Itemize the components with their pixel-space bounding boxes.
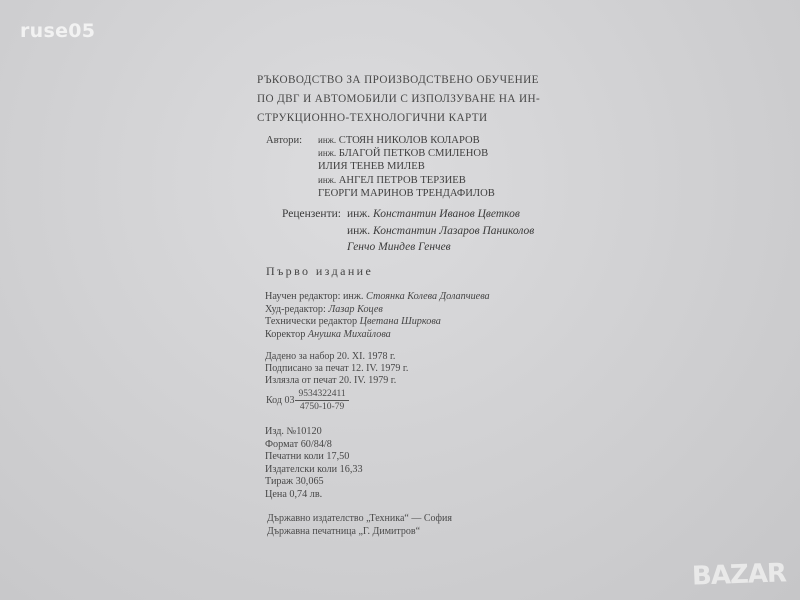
reviewer-row: Рецензенти: инж. Константин Иванов Цветк… xyxy=(282,206,534,223)
author-name: СТОЯН НИКОЛОВ КОЛАРОВ xyxy=(339,135,480,146)
watermark-username: ruse05 xyxy=(20,20,95,42)
date-row: Дадено за набор 20. XI. 1978 г. xyxy=(265,351,408,363)
code-fraction: 9534322411 4750-10-79 xyxy=(295,389,348,412)
spec-row: Печатни коли 17,50 xyxy=(265,451,363,464)
book-title: РЪКОВОДСТВО ЗА ПРОИЗВОДСТВЕНО ОБУЧЕНИЕ П… xyxy=(257,71,540,128)
reviewer-row: Генчо Миндев Генчев xyxy=(282,239,534,256)
reviewer-name: Константин Иванов Цветков xyxy=(373,208,520,220)
printer-line: Държавна печатница „Г. Димитров“ xyxy=(267,526,452,539)
authors-label: Автори: xyxy=(266,134,302,147)
reviewer-name: Константин Лазаров Паниколов xyxy=(373,225,534,237)
editor-row: Худ-редактор: Лазар Коцев xyxy=(265,304,490,317)
editor-name: Стоянка Колева Долапчиева xyxy=(366,291,490,302)
authors-block: Автори: инж. СТОЯН НИКОЛОВ КОЛАРОВ инж. … xyxy=(266,134,495,200)
spec-row: Издателски коли 16,33 xyxy=(265,464,363,477)
code-label: Код 03 xyxy=(266,395,294,406)
title-line: РЪКОВОДСТВО ЗА ПРОИЗВОДСТВЕНО ОБУЧЕНИЕ xyxy=(257,71,540,90)
code-numerator: 9534322411 xyxy=(295,389,348,401)
editor-name: Цветана Ширкова xyxy=(360,316,441,327)
reviewer-name: Генчо Миндев Генчев xyxy=(347,241,451,253)
print-specs-block: Изд. №10120 Формат 60/84/8 Печатни коли … xyxy=(265,426,363,502)
spec-row: Цена 0,74 лв. xyxy=(265,489,363,502)
reviewer-prefix: инж. xyxy=(347,208,370,220)
author-prefix: инж. xyxy=(318,148,336,158)
reviewer-prefix: инж. xyxy=(347,225,370,237)
editor-name: Анушка Михайлова xyxy=(308,329,391,340)
print-dates-block: Дадено за набор 20. XI. 1978 г. Подписан… xyxy=(265,351,408,386)
editor-row: Коректор Анушка Михайлова xyxy=(265,329,490,342)
publisher-block: Държавно издателство „Техника“ — София Д… xyxy=(267,513,452,538)
spec-row: Тираж 30,065 xyxy=(265,476,363,489)
reviewers-block: Рецензенти: инж. Константин Иванов Цветк… xyxy=(282,206,534,256)
title-line: СТРУКЦИОННО-ТЕХНОЛОГИЧНИ КАРТИ xyxy=(257,109,540,128)
author-row: инж. БЛАГОЙ ПЕТКОВ СМИЛЕНОВ xyxy=(266,147,495,160)
date-row: Подписано за печат 12. IV. 1979 г. xyxy=(265,363,408,375)
author-name: БЛАГОЙ ПЕТКОВ СМИЛЕНОВ xyxy=(339,148,488,159)
book-code: Код 03 9534322411 4750-10-79 xyxy=(266,389,349,412)
author-name: ГЕОРГИ МАРИНОВ ТРЕНДАФИЛОВ xyxy=(318,188,495,199)
reviewers-label: Рецензенти: xyxy=(282,206,341,223)
reviewer-row: инж. Константин Лазаров Паниколов xyxy=(282,223,534,240)
publisher-line: Държавно издателство „Техника“ — София xyxy=(267,513,452,526)
editor-role: Научен редактор: инж. xyxy=(265,291,363,302)
author-row: Автори: инж. СТОЯН НИКОЛОВ КОЛАРОВ xyxy=(266,134,495,147)
spec-row: Формат 60/84/8 xyxy=(265,439,363,452)
bazar-logo: BAZAR xyxy=(692,558,787,591)
editor-name: Лазар Коцев xyxy=(328,304,382,315)
editors-block: Научен редактор: инж. Стоянка Колева Дол… xyxy=(265,291,490,341)
title-line: ПО ДВГ И АВТОМОБИЛИ С ИЗПОЛЗУВАНЕ НА ИН- xyxy=(257,90,540,109)
editor-role: Коректор xyxy=(265,329,305,340)
author-row: инж. АНГЕЛ ПЕТРОВ ТЕРЗИЕВ xyxy=(266,174,495,187)
date-row: Излязла от печат 20. IV. 1979 г. xyxy=(265,375,408,387)
editor-role: Технически редактор xyxy=(265,316,357,327)
code-denominator: 4750-10-79 xyxy=(300,401,344,412)
editor-row: Научен редактор: инж. Стоянка Колева Дол… xyxy=(265,291,490,304)
author-name: ИЛИЯ ТЕНЕВ МИЛЕВ xyxy=(318,161,425,172)
editor-role: Худ-редактор: xyxy=(265,304,326,315)
author-row: ИЛИЯ ТЕНЕВ МИЛЕВ xyxy=(266,160,495,173)
author-name: АНГЕЛ ПЕТРОВ ТЕРЗИЕВ xyxy=(339,175,466,186)
book-imprint-page: ruse05 РЪКОВОДСТВО ЗА ПРОИЗВОДСТВЕНО ОБУ… xyxy=(0,0,800,600)
author-prefix: инж. xyxy=(318,175,336,185)
spec-row: Изд. №10120 xyxy=(265,426,363,439)
edition-label: Първо издание xyxy=(266,264,373,279)
author-prefix: инж. xyxy=(318,135,336,145)
author-row: ГЕОРГИ МАРИНОВ ТРЕНДАФИЛОВ xyxy=(266,187,495,200)
editor-row: Технически редактор Цветана Ширкова xyxy=(265,316,490,329)
